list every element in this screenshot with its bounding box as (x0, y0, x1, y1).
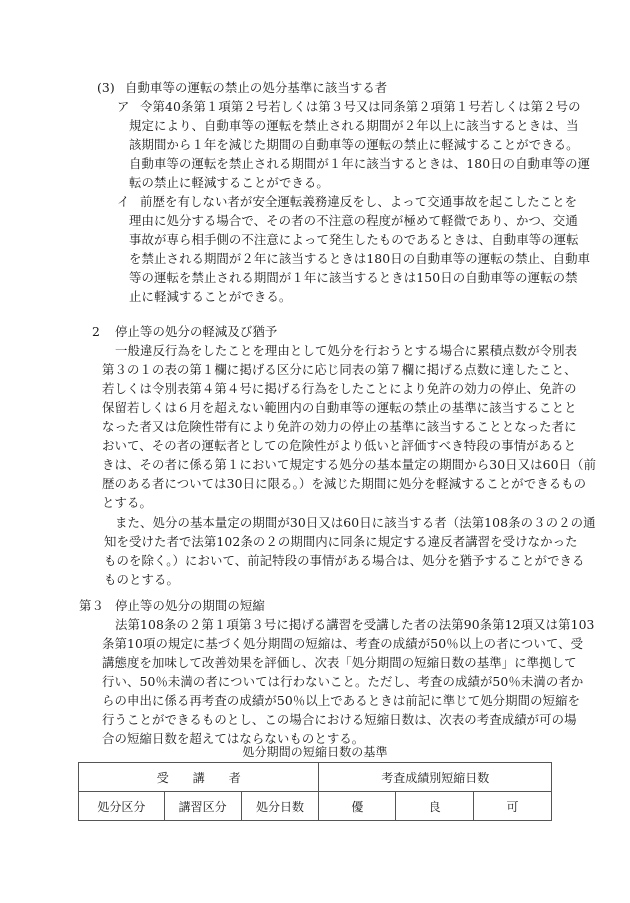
section-number: 2 (92, 322, 100, 341)
section-dai3-line-1: 法第108条の２第１項第３号に掲げる講習を受講した者の法第90条第12項又は第1… (115, 615, 552, 634)
section-2-para1-line-2: 第３の１の表の第１欄に掲げる区分に応じ同表の第７欄に掲げる点数に達したこと、 (102, 360, 552, 379)
item-i-line-6: 止に軽減することができる。 (129, 287, 291, 306)
section-2-para1-line-3: 若しくは令別表第４第４号に掲げる行為をしたことにより免許の効力の停止、免許の (102, 379, 552, 398)
reduction-standard-table: 受 講 者 考査成績別短縮日数 処分区分 講習区分 処分日数 優 良 可 (78, 762, 552, 821)
header-reduction-days-by-grade: 考査成績別短縮日数 (319, 763, 552, 792)
section-2-para1-line-7: きは、その者に係る第１において規定する処分の基本量定の期間から30日又は60日（… (102, 455, 552, 474)
table-header-group-row: 受 講 者 考査成績別短縮日数 (79, 763, 552, 792)
item-a-line-1: 令第40条第１項第２号若しくは第３号又は同条第２項第１号若しくは第２号の (140, 97, 552, 116)
item-i-line-4: を禁止される期間が２年に該当するときは180日の自動車等の運転の禁止、自動車 (129, 249, 552, 268)
col-disposition-days: 処分日数 (241, 792, 319, 821)
item-i-line-3: 事故が専ら相手側の不注意によって発生したものであるときは、自動車等の運転 (129, 230, 552, 249)
section-2-para1-line-1: 一般違反行為をしたことを理由として処分を行おうとする場合に累積点数が令別表 (115, 341, 552, 360)
section-dai3-line-3: 講態度を加味して改善効果を評価し、次表「処分期間の短縮日数の基準」に準拠して (102, 653, 552, 672)
section-title: 停止等の処分の軽減及び猶予 (115, 322, 277, 341)
item-marker-i: イ (117, 192, 130, 211)
section-2-para2-line-2: 知を受けた者で法第102条の２の期間内に同条に規定する違反者講習を受けなかった (104, 532, 552, 551)
col-grade-good: 良 (396, 792, 474, 821)
item-a-line-3: 該期間から１年を減じた期間の自動車等の運転の禁止に軽減することができる。 (129, 135, 552, 154)
item-a-line-5: 転の禁止に軽減することができる。 (129, 173, 329, 192)
col-course-category: 講習区分 (164, 792, 241, 821)
header-trainee: 受 講 者 (79, 763, 319, 792)
subsection-title: 自動車等の運転の禁止の処分基準に該当する者 (125, 78, 387, 97)
subsection-number: (3) (97, 78, 115, 97)
section-2-para2-line-1: また、処分の基本量定の期間が30日又は60日に該当する者（法第108条の３の２の… (115, 513, 552, 532)
item-a-line-4: 自動車等の運転を禁止される期間が１年に該当するときは、180日の自動車等の運 (129, 154, 552, 173)
item-i-line-1: 前歴を有しない者が安全運転義務違反をし、よって交通事故を起こしたことを (140, 192, 552, 211)
section-dai3-title: 停止等の処分の期間の短縮 (115, 596, 265, 615)
section-dai3-number: 第３ (79, 596, 104, 615)
item-i-line-5: 等の運転を禁止される期間が１年に該当するときは150日の自動車等の運転の禁 (129, 268, 552, 287)
section-2-para1-line-9: とする。 (102, 493, 152, 512)
table-caption: 処分期間の短縮日数の基準 (78, 743, 552, 762)
section-2-para2-line-4: ものとする。 (104, 570, 179, 589)
col-grade-excellent: 優 (319, 792, 396, 821)
section-dai3-line-6: 行うことができるものとし、この場合における短縮日数は、次表の考査成績が可の場 (102, 710, 552, 729)
section-2-para1-line-8: 歴のある者については30日に限る。）を減じた期間に処分を軽減することができるもの (102, 474, 552, 493)
col-disposition-category: 処分区分 (79, 792, 165, 821)
item-marker-a: ア (117, 97, 130, 116)
section-2-para1-line-5: なった者又は危険性帯有により免許の効力の停止の基準に該当することとなった者に (102, 417, 552, 436)
section-dai3-line-4: 行い、50％未満の者については行わないこと。ただし、考査の成績が50％未満の者か (102, 672, 552, 691)
item-a-line-2: 規定により、自動車等の運転を禁止される期間が２年以上に該当するときは、当 (129, 116, 552, 135)
table-column-header-row: 処分区分 講習区分 処分日数 優 良 可 (79, 792, 552, 821)
section-2-para1-line-4: 保留若しくは６月を超えない範囲内の自動車等の運転の禁止の基準に該当することと (102, 398, 552, 417)
section-dai3-line-2: 条第10項の規定に基づく処分期間の短縮は、考査の成績が50％以上の者について、受 (102, 634, 552, 653)
section-dai3-line-5: らの申出に係る再考査の成績が50％以上であるときは前記に準じて処分期間の短縮を (102, 691, 552, 710)
section-2-para2-line-3: ものを除く。）において、前記特段の事情がある場合は、処分を猶予することができる (104, 551, 552, 570)
col-grade-pass: 可 (474, 792, 552, 821)
item-i-line-2: 理由に処分する場合で、その者の不注意の程度が極めて軽微であり、かつ、交通 (129, 211, 552, 230)
section-2-para1-line-6: おいて、その者の運転者としての危険性がより低いと評価すべき特段の事情があると (102, 436, 552, 455)
